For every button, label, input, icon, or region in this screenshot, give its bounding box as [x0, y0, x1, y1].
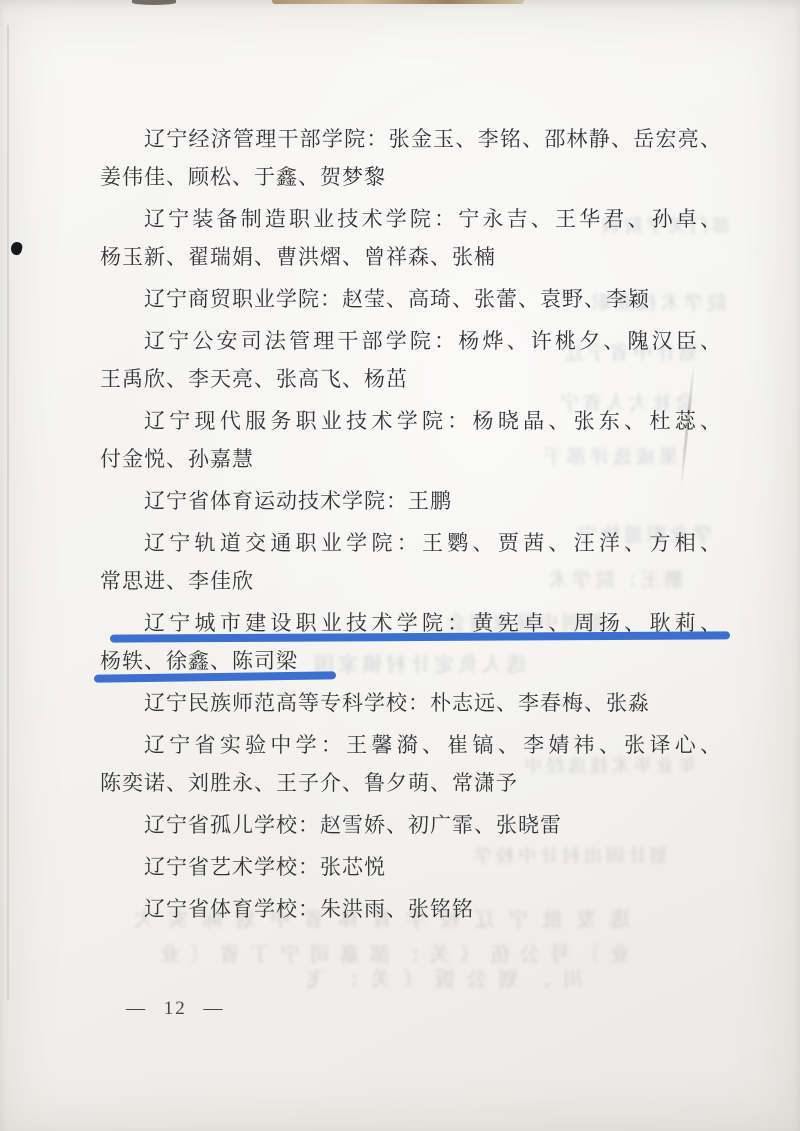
text-line: 陈奕诺、刘胜永、王子介、鲁夕萌、常潇予: [100, 764, 722, 802]
line-text: 辽宁省艺术学校：张芯悦: [100, 848, 722, 886]
text-line: 辽宁省体育学校：朱洪雨、张铭铭: [100, 890, 722, 928]
text-line: 常思进、李佳欣: [100, 562, 722, 600]
text-line: 辽宁轨道交通职业学院：王鹦、贾茜、汪洋、方相、: [100, 524, 722, 562]
line-text: 辽宁经济管理干部学院：张金玉、李铭、邵林静、岳宏亮、: [100, 120, 722, 158]
line-text: 王禹欣、李天亮、张高飞、杨茁: [100, 360, 722, 398]
text-line: 辽宁现代服务职业技术学院：杨晓晶、张东、杜蕊、: [100, 402, 722, 440]
line-text: 杨玉新、翟瑞娟、曹洪熠、曾祥森、张楠: [100, 238, 722, 276]
line-text: 辽宁装备制造职业技术学院：宁永吉、王华君、孙卓、: [100, 200, 722, 238]
line-text: 常思进、李佳欣: [100, 562, 722, 600]
line-text: 辽宁公安司法管理干部学院：杨烨、许桃夕、隗汉臣、: [100, 322, 722, 360]
ink-dot-artifact: [10, 241, 23, 256]
text-line: 辽宁经济管理干部学院：张金玉、李铭、邵林静、岳宏亮、: [100, 120, 722, 158]
scan-left-edge-line: [7, 25, 9, 1000]
text-line: 辽宁装备制造职业技术学院：宁永吉、王华君、孙卓、: [100, 200, 722, 238]
text-line: 杨玉新、翟瑞娟、曹洪熠、曾祥森、张楠: [100, 238, 722, 276]
text-line: 付金悦、孙嘉慧: [100, 440, 722, 478]
text-line: 辽宁公安司法管理干部学院：杨烨、许桃夕、隗汉臣、: [100, 322, 722, 360]
line-text: 姜伟佳、顾松、于鑫、贺梦黎: [100, 158, 722, 196]
text-line: 姜伟佳、顾松、于鑫、贺梦黎: [100, 158, 722, 196]
line-text: 陈奕诺、刘胜永、王子介、鲁夕萌、常潇予: [100, 764, 722, 802]
line-text: 辽宁商贸职业学院：赵莹、高琦、张蕾、袁野、李颖: [100, 280, 722, 318]
bleedthrough-fragment: 川、划公饭（关：飞: [295, 963, 583, 992]
scan-edge-brown-band: [272, 0, 524, 4]
line-text: 辽宁轨道交通职业学院：王鹦、贾茜、汪洋、方相、: [100, 524, 722, 562]
text-line: 辽宁省体育运动技术学院：王鹏: [100, 482, 722, 520]
text-line-highlighted: 杨轶、徐鑫、陈司梁: [100, 642, 722, 680]
line-text: 辽宁现代服务职业技术学院：杨晓晶、张东、杜蕊、: [100, 402, 722, 440]
line-text: 辽宁民族师范高等专科学校：朴志远、李春梅、张淼: [100, 684, 722, 722]
text-line: 辽宁省艺术学校：张芯悦: [100, 848, 722, 886]
line-text: 辽宁省孤儿学校：赵雪娇、初广霏、张晓雷: [100, 806, 722, 844]
line-text: 辽宁省体育学校：朱洪雨、张铭铭: [100, 890, 722, 928]
page-number: — 12 —: [126, 998, 225, 1020]
text-line: 辽宁省实验中学：王馨漪、崔镐、李婧祎、张译心、: [100, 726, 722, 764]
line-text: 付金悦、孙嘉慧: [100, 440, 722, 478]
line-text: 辽宁省实验中学：王馨漪、崔镐、李婧祎、张译心、: [100, 726, 722, 764]
text-line: 辽宁商贸职业学院：赵莹、高琦、张蕾、袁野、李颖: [100, 280, 722, 318]
scanned-document-page: 部门关学院训 院学术技业职 划计中省宁辽 会社大人省宁 果成选评部干 学业职道轨…: [0, 0, 800, 1131]
scan-edge-dark-mark: [132, 0, 176, 5]
text-line: 王禹欣、李天亮、张高飞、杨茁: [100, 360, 722, 398]
text-line: 辽宁民族师范高等专科学校：朴志远、李春梅、张淼: [100, 684, 722, 722]
text-line: 辽宁省孤儿学校：赵雪娇、初广霏、张晓雷: [100, 806, 722, 844]
text-line-highlighted: 辽宁城市建设职业技术学院：黄宪卓、周扬、耿莉、: [100, 604, 722, 642]
document-body: 辽宁经济管理干部学院：张金玉、李铭、邵林静、岳宏亮、 姜伟佳、顾松、于鑫、贺梦黎…: [100, 120, 722, 928]
line-text: 辽宁省体育运动技术学院：王鹏: [100, 482, 722, 520]
